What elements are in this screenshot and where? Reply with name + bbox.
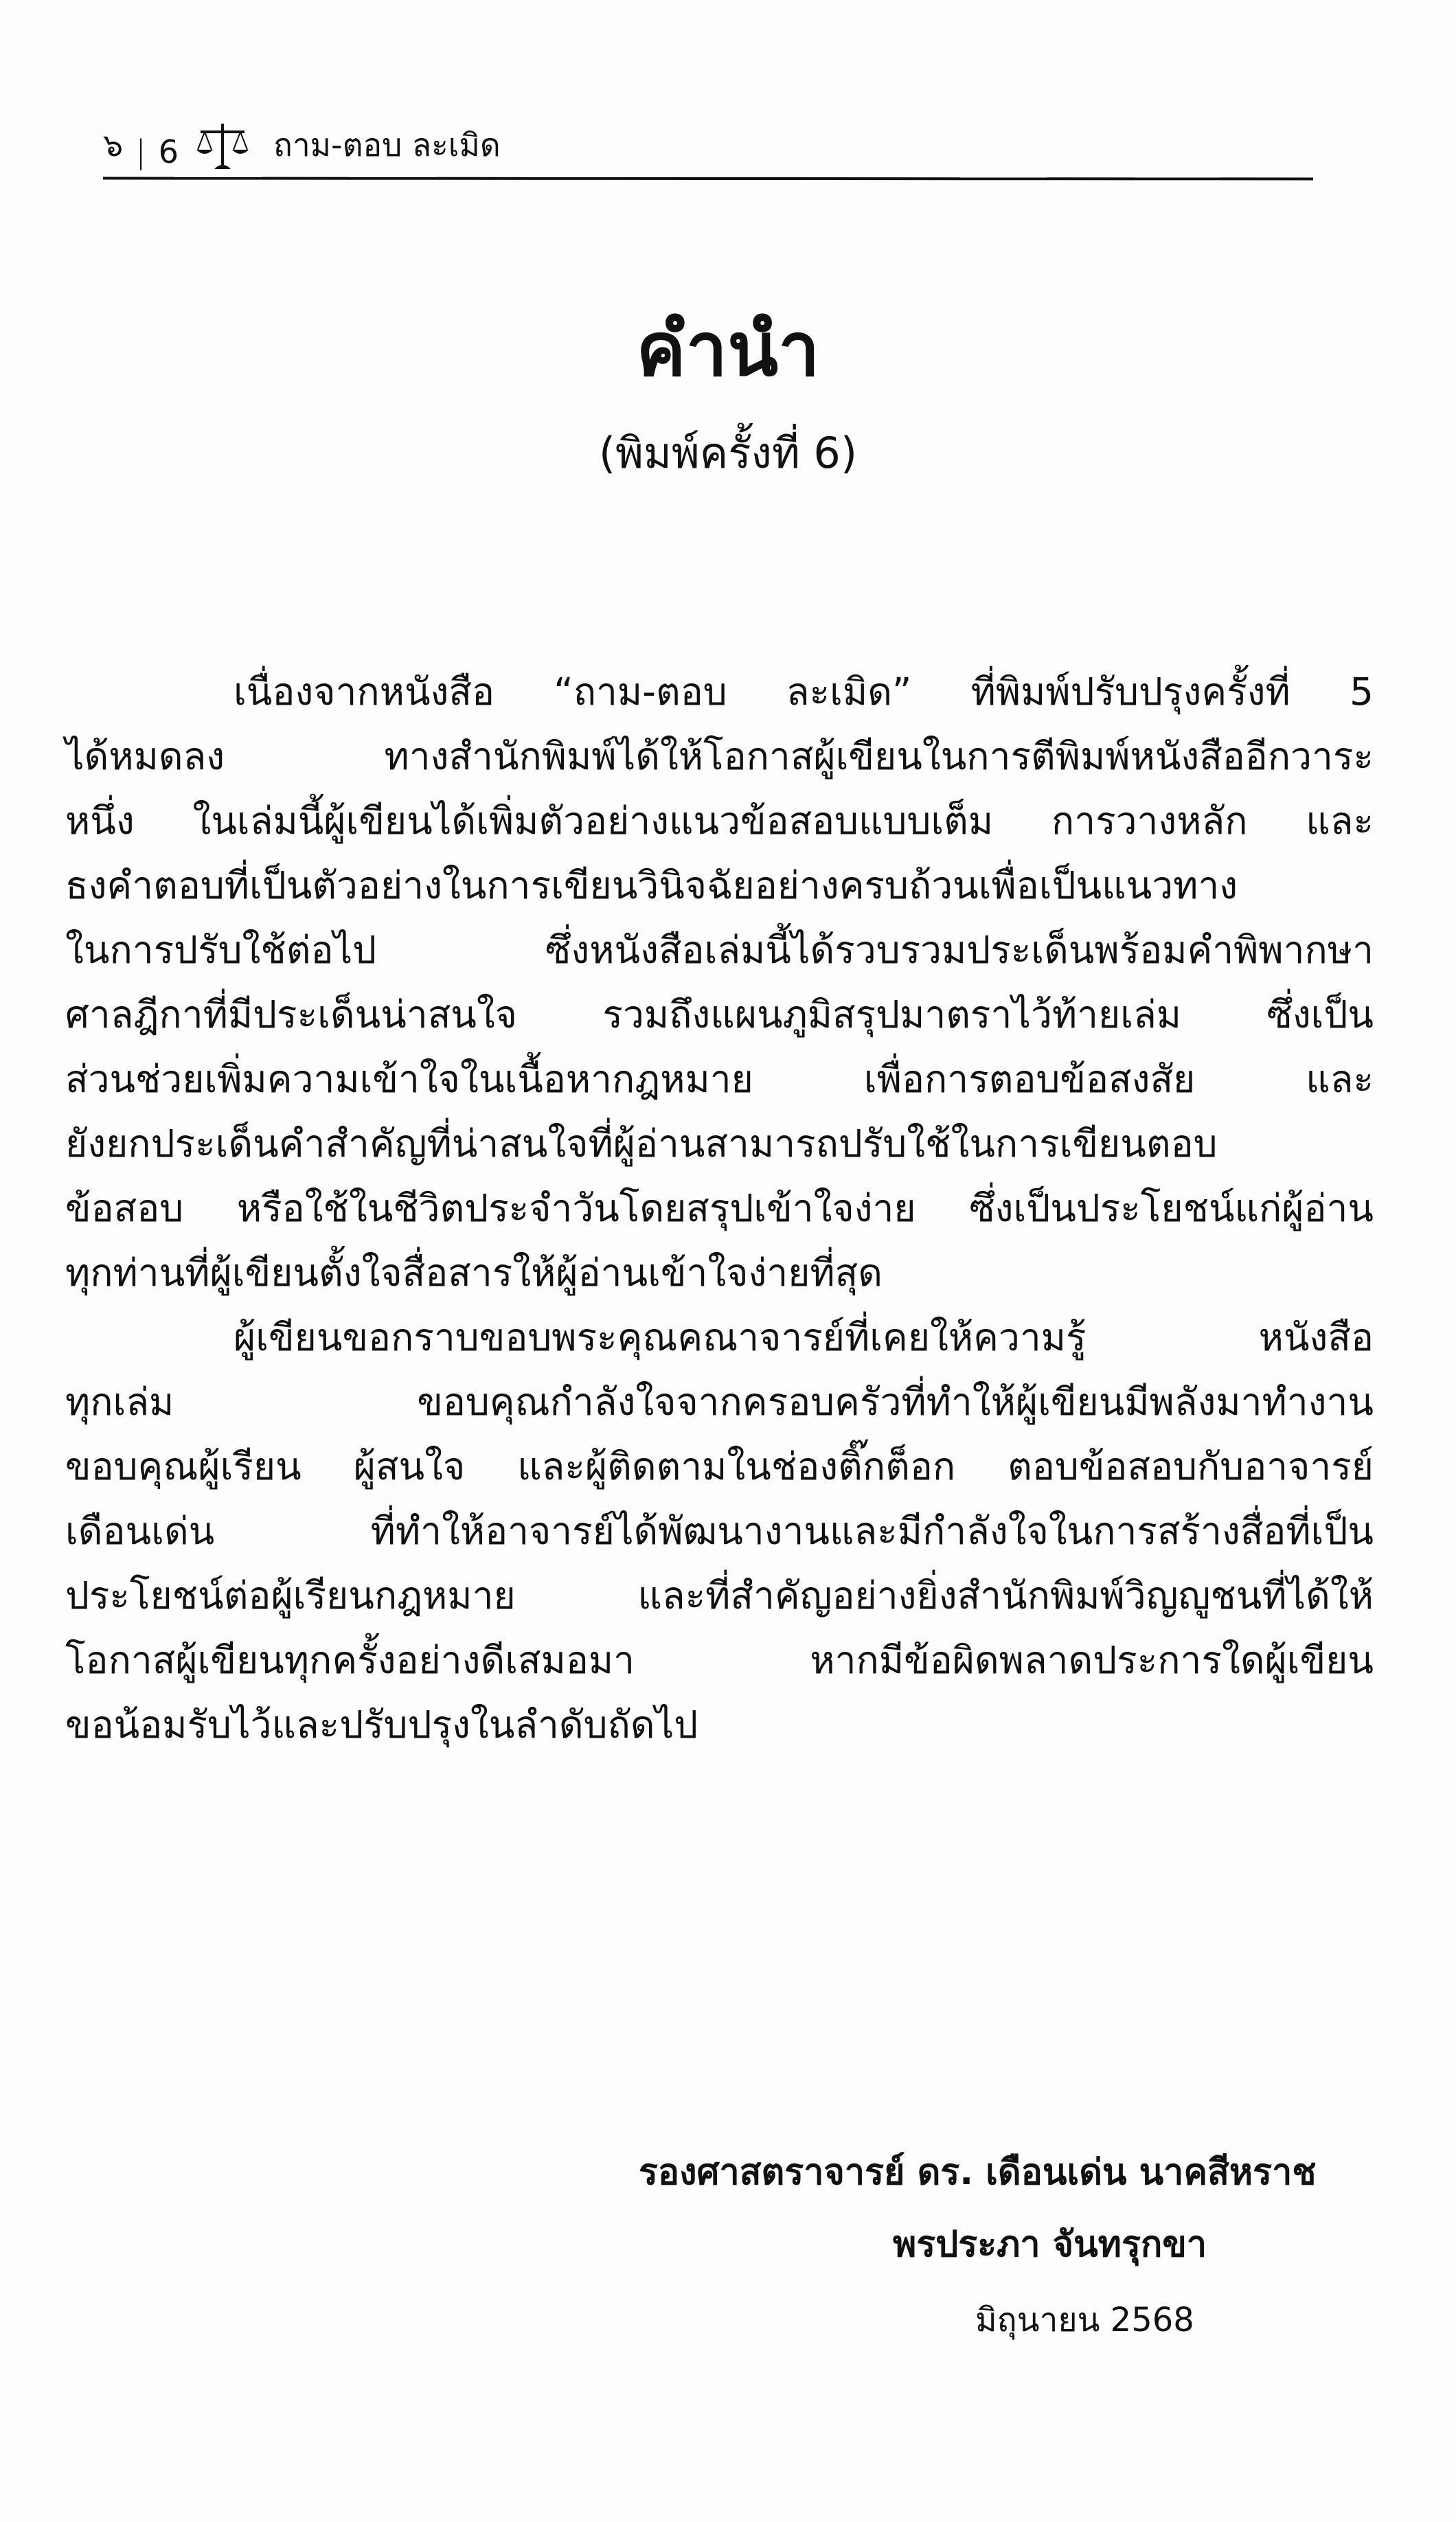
page-subtitle: (พิมพ์ครั้งที่ 6) bbox=[0, 426, 1456, 481]
text-line: ทุกเล่ม ขอบคุณกำลังใจจากครอบครัวที่ทำให้… bbox=[65, 1370, 1374, 1434]
text-line: เดือนเด่น ที่ทำให้อาจารย์ได้พัฒนางานและม… bbox=[65, 1499, 1374, 1563]
page-number-separator: | bbox=[135, 133, 146, 170]
text-line: ทุกท่านที่ผู้เขียนตั้งใจสื่อสารให้ผู้อ่า… bbox=[65, 1240, 1374, 1305]
text-line: ได้หมดลง ทางสำนักพิมพ์ได้ให้โอกาสผู้เขีย… bbox=[65, 724, 1374, 788]
signature-date: มิถุนายน 2568 bbox=[975, 2294, 1194, 2346]
text-line: ส่วนช่วยเพิ่มความเข้าใจในเนื้อหากฎหมาย เ… bbox=[65, 1047, 1374, 1111]
text-line: หนึ่ง ในเล่มนี้ผู้เขียนได้เพิ่มตัวอย่างแ… bbox=[65, 788, 1374, 853]
text-line: ขอน้อมรับไว้และปรับปรุงในลำดับถัดไป bbox=[65, 1692, 1374, 1757]
text-line: เนื่องจากหนังสือ “ถาม-ตอบ ละเมิด” ที่พิม… bbox=[65, 659, 1374, 724]
text-line: ในการปรับใช้ต่อไป ซึ่งหนังสือเล่มนี้ได้ร… bbox=[65, 918, 1374, 982]
paragraph-1: เนื่องจากหนังสือ “ถาม-ตอบ ละเมิด” ที่พิม… bbox=[65, 659, 1374, 1305]
paragraph-2: ผู้เขียนขอกราบขอบพระคุณคณาจารย์ที่เคยให้… bbox=[65, 1305, 1374, 1757]
text-line: ประโยชน์ต่อผู้เรียนกฎหมาย และที่สำคัญอย่… bbox=[65, 1563, 1374, 1628]
running-header: ๖ | 6 ถาม-ตอบ ละเมิด bbox=[103, 129, 1312, 170]
scales-of-justice-icon bbox=[195, 122, 250, 170]
text-line: ข้อสอบ หรือใช้ในชีวิตประจำวันโดยสรุปเข้า… bbox=[65, 1176, 1374, 1240]
header-divider bbox=[103, 177, 1313, 181]
text-line: ศาลฎีกาที่มีประเด็นน่าสนใจ รวมถึงแผนภูมิ… bbox=[65, 982, 1374, 1047]
page-title: คำนำ bbox=[0, 306, 1456, 395]
text-line: ขอบคุณผู้เรียน ผู้สนใจ และผู้ติดตามในช่อ… bbox=[65, 1434, 1374, 1499]
preface-body: เนื่องจากหนังสือ “ถาม-ตอบ ละเมิด” ที่พิม… bbox=[65, 659, 1374, 1757]
page-number-thai: ๖ bbox=[103, 120, 123, 170]
text-line: ผู้เขียนขอกราบขอบพระคุณคณาจารย์ที่เคยให้… bbox=[65, 1305, 1374, 1370]
author-2-name: พรประภา จันทรุกขา bbox=[893, 2215, 1207, 2272]
text-line: ธงคำตอบที่เป็นตัวอย่างในการเขียนวินิจฉัย… bbox=[65, 853, 1374, 918]
page-number: 6 bbox=[159, 133, 179, 170]
book-title: ถาม-ตอบ ละเมิด bbox=[273, 120, 501, 170]
author-1-name: รองศาสตราจารย์ ดร. เดือนเด่น นาคสีหราช bbox=[639, 2143, 1317, 2200]
text-line: ยังยกประเด็นคำสำคัญที่น่าสนใจที่ผู้อ่านส… bbox=[65, 1111, 1374, 1176]
text-line: โอกาสผู้เขียนทุกครั้งอย่างดีเสมอมา หากมี… bbox=[65, 1628, 1374, 1692]
